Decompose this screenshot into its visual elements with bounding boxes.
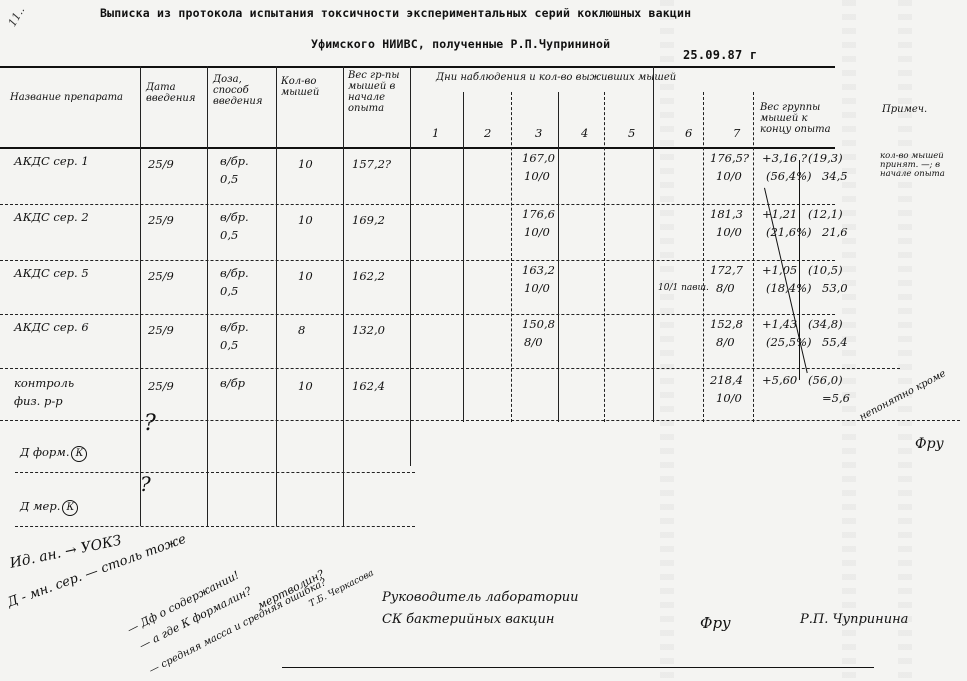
row-weight-gain-alt2: 53,0 bbox=[822, 282, 848, 294]
row-day7-survival: 8/0 bbox=[716, 336, 735, 348]
col-divider bbox=[604, 92, 605, 422]
row-name: АКДС сер. 6 bbox=[14, 318, 104, 336]
row-day3-survival: 8/0 bbox=[524, 336, 543, 348]
header-dose: Доза, способ введения bbox=[213, 74, 275, 107]
row-weight-gain-pct: (25,5%) bbox=[766, 336, 812, 348]
row-dose: в/бр. 0,5 bbox=[220, 264, 260, 300]
row-weight-gain-alt2: 34,5 bbox=[822, 170, 848, 182]
col-divider bbox=[207, 66, 208, 526]
row-weight-start: 157,2? bbox=[352, 158, 391, 170]
row-day7-survival: 10/0 bbox=[716, 170, 742, 182]
row-count: 10 bbox=[298, 380, 313, 392]
row-count: 10 bbox=[298, 158, 313, 170]
document-title: Выписка из протокола испытания токсичнос… bbox=[100, 6, 691, 20]
row-day7-survival: 10/0 bbox=[716, 226, 742, 238]
row-weight-gain-alt2: 55,4 bbox=[822, 336, 848, 348]
row-weight-gain-alt: (34,8) bbox=[808, 318, 843, 330]
row-name: контроль физ. р-р bbox=[14, 374, 104, 410]
col-divider bbox=[753, 92, 754, 422]
col-divider bbox=[463, 92, 464, 422]
row-day3-weight: 150,8 bbox=[522, 318, 555, 330]
row-dose: в/бр. 0,5 bbox=[220, 208, 260, 244]
header-weight-end: Вес группы мышей к концу опыта bbox=[760, 102, 838, 135]
table-top-border bbox=[0, 66, 835, 68]
row-weight-gain: +1,05 bbox=[762, 264, 797, 276]
header-day-1: 1 bbox=[432, 127, 439, 139]
row-divider bbox=[0, 314, 835, 315]
col-divider bbox=[410, 66, 411, 466]
col-divider bbox=[276, 66, 277, 526]
row-divider bbox=[15, 472, 415, 473]
row-day3-weight: 167,0 bbox=[522, 152, 555, 164]
question-mark: ? bbox=[140, 478, 151, 490]
row-count: 10 bbox=[298, 270, 313, 282]
header-weight-start: Вес гр-пы мышей в начале опыта bbox=[348, 70, 408, 114]
strike-line bbox=[799, 160, 800, 380]
row-day7-survival: 8/0 bbox=[716, 282, 735, 294]
row-weight-gain-alt2: 21,6 bbox=[822, 226, 848, 238]
row-day7-weight: 218,4 bbox=[710, 374, 743, 386]
row-day7-survival: 10/0 bbox=[716, 392, 742, 404]
row-weight-gain-alt: (10,5) bbox=[808, 264, 843, 276]
header-day-7: 7 bbox=[733, 127, 740, 139]
header-bottom-border bbox=[0, 147, 835, 149]
row-name: АКДС сер. 5 bbox=[14, 264, 104, 282]
row-name: АКДС сер. 2 bbox=[14, 208, 104, 226]
col-divider bbox=[343, 66, 344, 526]
header-day-4: 4 bbox=[581, 127, 588, 139]
row-day3-survival: 10/0 bbox=[524, 282, 550, 294]
row-divider bbox=[15, 526, 415, 527]
footer-rule bbox=[282, 667, 874, 668]
header-count: Кол-во мышей bbox=[281, 76, 341, 98]
row-weight-gain-alt: (56,0) bbox=[808, 374, 843, 386]
footer-role-line2: СК бактерийных вакцин bbox=[382, 612, 554, 627]
document-subtitle: Уфимского НИИВС, полученные Р.П.Чупринин… bbox=[311, 37, 610, 51]
row-weight-gain-alt: (12,1) bbox=[808, 208, 843, 220]
header-days-group: Дни наблюдения и кол-во выживших мышей bbox=[436, 72, 776, 83]
header-notes: Примеч. bbox=[882, 104, 927, 115]
row-day3-survival: 10/0 bbox=[524, 226, 550, 238]
row-divider bbox=[0, 204, 835, 205]
row-weight-start: 162,2 bbox=[352, 270, 385, 282]
row-day7-weight: 172,7 bbox=[710, 264, 743, 276]
row-weight-gain: +1,43 bbox=[762, 318, 797, 330]
row-weight-gain-alt: (19,3) bbox=[808, 152, 843, 164]
col-divider bbox=[653, 66, 654, 422]
row-dose: в/бр. 0,5 bbox=[220, 318, 260, 354]
row-weight-gain: +5,60 bbox=[762, 374, 797, 386]
row-day3-survival: 10/0 bbox=[524, 170, 550, 182]
extra-row-label: Д форм. bbox=[20, 445, 69, 459]
row-weight-start: 132,0 bbox=[352, 324, 385, 336]
side-signature: Фру bbox=[915, 438, 944, 450]
col-divider bbox=[511, 92, 512, 422]
row-day7-weight: 176,5? bbox=[710, 152, 749, 164]
extra-row-formalin: Д форм.К bbox=[20, 446, 87, 462]
row-weight-gain-alt2: =5,6 bbox=[822, 392, 850, 404]
header-day-6: 6 bbox=[685, 127, 692, 139]
footer-signature: Фру bbox=[700, 614, 731, 632]
row-dose: в/бр bbox=[220, 374, 260, 392]
question-mark: ? bbox=[144, 418, 156, 430]
row-count: 10 bbox=[298, 214, 313, 226]
document-date: 25.09.87 г bbox=[683, 48, 757, 62]
row-day6-note: 10/1 павш. bbox=[658, 282, 709, 294]
row-date: 25/9 bbox=[148, 214, 174, 226]
header-date: Дата введения bbox=[146, 82, 204, 104]
side-note-row1: кол-во мышей принят. —; в начале опыта bbox=[880, 152, 965, 179]
extra-row-label: Д мер. bbox=[20, 499, 60, 513]
header-day-2: 2 bbox=[484, 127, 491, 139]
header-name: Название препарата bbox=[10, 92, 130, 103]
row-date: 25/9 bbox=[148, 324, 174, 336]
row-count: 8 bbox=[298, 324, 305, 336]
row-weight-start: 162,4 bbox=[352, 380, 385, 392]
col-divider bbox=[558, 92, 559, 422]
row-day7-weight: 181,3 bbox=[710, 208, 743, 220]
circled-mark: К bbox=[62, 500, 78, 516]
row-day3-weight: 163,2 bbox=[522, 264, 555, 276]
row-weight-gain: +1,21 bbox=[762, 208, 797, 220]
row-dose: в/бр. 0,5 bbox=[220, 152, 260, 188]
row-name: АКДС сер. 1 bbox=[14, 152, 104, 170]
row-weight-start: 169,2 bbox=[352, 214, 385, 226]
footer-name: Р.П. Чупринина bbox=[800, 612, 908, 627]
row-divider bbox=[0, 368, 900, 369]
header-day-5: 5 bbox=[628, 127, 635, 139]
extra-row-merthiolate: Д мер.К bbox=[20, 500, 78, 516]
row-divider bbox=[0, 260, 835, 261]
header-day-3: 3 bbox=[535, 127, 542, 139]
row-date: 25/9 bbox=[148, 158, 174, 170]
col-divider bbox=[140, 66, 141, 526]
row-day7-weight: 152,8 bbox=[710, 318, 743, 330]
row-date: 25/9 bbox=[148, 270, 174, 282]
circled-mark: К bbox=[71, 446, 87, 462]
row-weight-gain: +3,16 ? bbox=[762, 152, 807, 164]
corner-mark: 11.. bbox=[6, 4, 28, 29]
row-date: 25/9 bbox=[148, 380, 174, 392]
footer-role-line1: Руководитель лаборатории bbox=[382, 590, 578, 605]
row-day3-weight: 176,6 bbox=[522, 208, 555, 220]
row-weight-gain-pct: (56,4%) bbox=[766, 170, 812, 182]
col-divider bbox=[703, 92, 704, 422]
